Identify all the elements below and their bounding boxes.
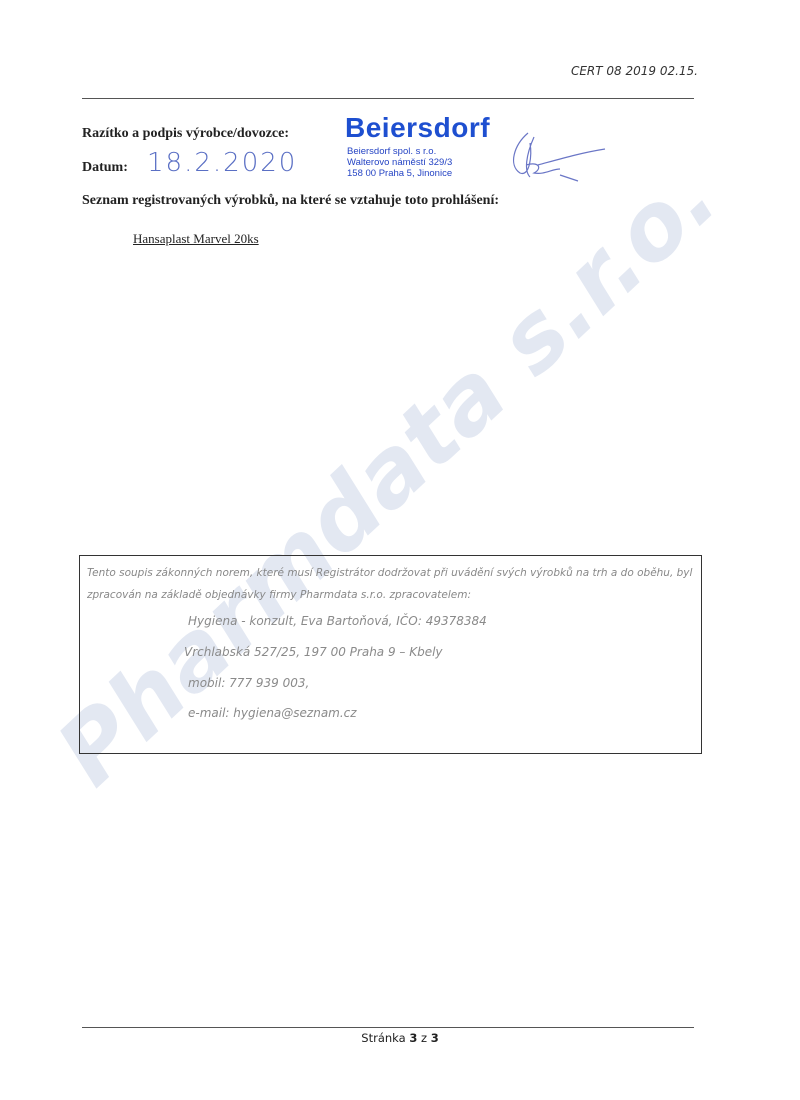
company-logo: Beiersdorf	[345, 112, 490, 144]
address-line: Walterovo náměstí 329/3	[347, 157, 452, 168]
company-address: Beiersdorf spol. s r.o. Walterovo náměst…	[347, 146, 452, 179]
signature-icon	[500, 125, 610, 195]
address-line: 158 00 Praha 5, Jinonice	[347, 168, 452, 179]
date-label: Datum:	[82, 160, 128, 176]
product-item: Hansaplast Marvel 20ks	[133, 231, 259, 247]
page-number: Stránka 3 z 3	[0, 1031, 800, 1045]
product-list-label: Seznam registrovaných výrobků, na které …	[82, 193, 499, 209]
processor-address: Vrchlabská 527/25, 197 00 Praha 9 – Kbel…	[184, 645, 443, 659]
address-line: Beiersdorf spol. s r.o.	[347, 146, 452, 157]
processor-name: Hygiena - konzult, Eva Bartoňová, IČO: 4…	[188, 614, 487, 628]
handwritten-date: 18.2.2020	[147, 148, 297, 178]
processor-mobile: mobil: 777 939 003,	[188, 676, 309, 690]
stamp-label: Razítko a podpis výrobce/dovozce:	[82, 126, 289, 142]
footer-rule	[82, 1027, 694, 1028]
info-intro: Tento soupis zákonných norem, které musí…	[87, 562, 697, 606]
processor-email: e-mail: hygiena@seznam.cz	[188, 706, 357, 720]
document-code: CERT 08 2019 02.15.	[571, 64, 698, 78]
info-box: Tento soupis zákonných norem, které musí…	[79, 555, 702, 754]
header-rule	[82, 98, 694, 99]
